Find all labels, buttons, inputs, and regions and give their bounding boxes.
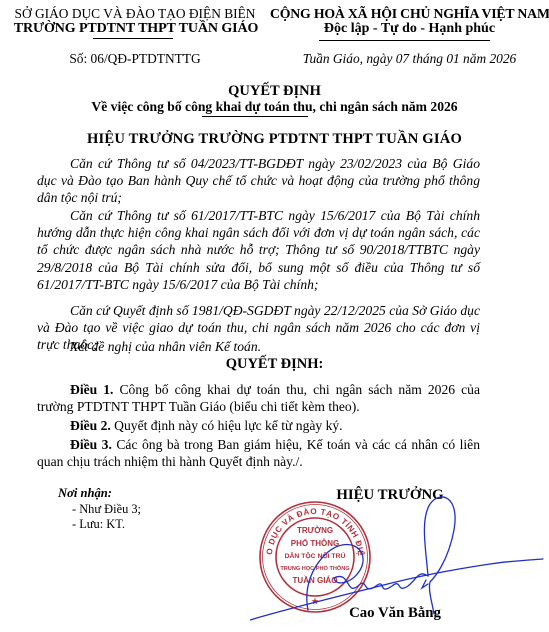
recipients-label: Nơi nhận: <box>58 486 112 501</box>
recipient-item: - Như Điều 3; <box>72 502 141 517</box>
school-name-underline <box>93 38 173 39</box>
issuing-agency: SỞ GIÁO DỤC VÀ ĐÀO TẠO ĐIỆN BIÊN <box>10 6 260 22</box>
article-2-label: Điều 2. <box>70 418 111 433</box>
article-2-text: Quyết định này có hiệu lực kể từ ngày ký… <box>111 418 343 433</box>
article-1-label: Điều 1. <box>70 382 113 397</box>
motto-underline <box>319 40 490 41</box>
issuing-authority: HIỆU TRƯỞNG TRƯỜNG PTDTNT THPT TUẦN GIÁO <box>0 131 549 148</box>
document-subject: Về việc công bố công khai dự toán thu, c… <box>0 99 549 115</box>
article-3-label: Điều 3. <box>70 437 112 452</box>
place-and-date: Tuần Giáo, ngày 07 tháng 01 năm 2026 <box>270 51 549 67</box>
document-title: QUYẾT ĐỊNH <box>0 83 549 100</box>
handwritten-signature-icon <box>250 490 549 630</box>
recipient-item: - Lưu: KT. <box>72 517 125 532</box>
article-2: Điều 2. Quyết định này có hiệu lực kể từ… <box>37 417 480 434</box>
subject-underline <box>202 116 308 117</box>
proposal-statement: Xét đề nghị của nhân viên Kế toán. <box>37 338 480 355</box>
legal-basis-1: Căn cứ Thông tư số 04/2023/TT-BGDĐT ngày… <box>37 155 480 207</box>
national-title: CỘNG HOÀ XÃ HỘI CHỦ NGHĨA VIỆT NAM <box>270 6 549 22</box>
document-number: Số: 06/QĐ-PTDTNTTG <box>10 51 260 67</box>
article-1: Điều 1. Công bố công khai dự toán thu, c… <box>37 381 480 415</box>
national-motto: Độc lập - Tự do - Hạnh phúc <box>270 21 549 37</box>
decision-heading: QUYẾT ĐỊNH: <box>0 356 549 373</box>
school-name: TRƯỜNG PTDTNT THPT TUẦN GIÁO <box>6 21 266 37</box>
legal-basis-2: Căn cứ Thông tư số 61/2017/TT-BTC ngày 1… <box>37 207 480 293</box>
article-3: Điều 3. Các ông bà trong Ban giám hiệu, … <box>37 436 480 470</box>
